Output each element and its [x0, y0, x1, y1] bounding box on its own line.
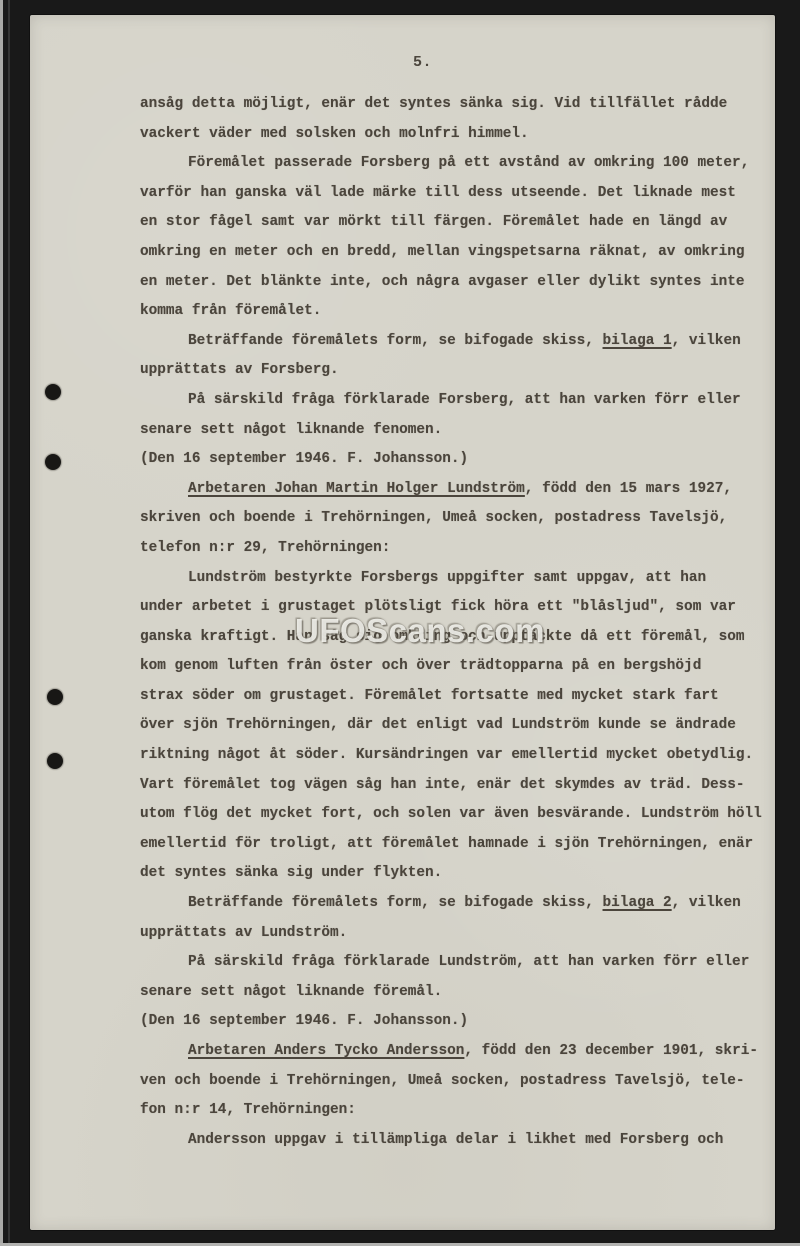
text-line: över sjön Trehörningen, där det enligt v…	[140, 711, 780, 741]
text-line: skriven och boende i Trehörningen, Umeå …	[140, 504, 780, 534]
text-line: Lundström bestyrkte Forsbergs uppgifter …	[140, 564, 780, 594]
text-segment: upprättats av Lundström.	[140, 925, 347, 941]
text-line: en meter. Det blänkte inte, och några av…	[140, 268, 780, 298]
paper-sheet: 5. ansåg detta möjligt, enär det syntes …	[30, 15, 775, 1230]
text-line: ansåg detta möjligt, enär det syntes sän…	[140, 90, 780, 120]
text-segment: emellertid för troligt, att föremålet ha…	[140, 836, 753, 852]
text-line: Vart föremålet tog vägen såg han inte, e…	[140, 771, 780, 801]
underlined-text: bilaga 1	[603, 333, 672, 349]
text-line: riktning något åt söder. Kursändringen v…	[140, 741, 780, 771]
text-line: Andersson uppgav i tillämpliga delar i l…	[140, 1126, 780, 1156]
hole-punch-mark	[45, 454, 61, 470]
text-segment: en meter. Det blänkte inte, och några av…	[140, 274, 745, 290]
text-segment: Beträffande föremålets form, se bifogade…	[188, 333, 603, 349]
text-line: senare sett något liknande fenomen.	[140, 416, 780, 446]
text-segment: upprättats av Forsberg.	[140, 362, 339, 378]
text-segment: (Den 16 september 1946. F. Johansson.)	[140, 1013, 468, 1029]
page-number: 5.	[413, 54, 432, 71]
text-line: en stor fågel samt var mörkt till färgen…	[140, 208, 780, 238]
text-line: Arbetaren Johan Martin Holger Lundström,…	[140, 475, 780, 505]
text-segment: komma från föremålet.	[140, 303, 321, 319]
hole-punch-mark	[45, 384, 61, 400]
text-line: Beträffande föremålets form, se bifogade…	[140, 327, 780, 357]
text-line: utom flög det mycket fort, och solen var…	[140, 800, 780, 830]
underlined-text: Arbetaren Anders Tycko Andersson	[188, 1043, 464, 1059]
text-segment: På särskild fråga förklarade Forsberg, a…	[188, 392, 741, 408]
text-line: upprättats av Forsberg.	[140, 356, 780, 386]
text-segment: riktning något åt söder. Kursändringen v…	[140, 747, 753, 763]
text-segment: ven och boende i Trehörningen, Umeå sock…	[140, 1073, 745, 1089]
text-segment: Vart föremålet tog vägen såg han inte, e…	[140, 777, 745, 793]
text-line: senare sett något liknande föremål.	[140, 978, 780, 1008]
text-segment: Lundström bestyrkte Forsbergs uppgifter …	[188, 570, 706, 586]
text-line: telefon n:r 29, Trehörningen:	[140, 534, 780, 564]
text-segment: , vilken	[672, 895, 741, 911]
text-segment: vackert väder med solsken och molnfri hi…	[140, 126, 529, 142]
text-segment: Andersson uppgav i tillämpliga delar i l…	[188, 1132, 723, 1148]
text-segment: kom genom luften från öster och över trä…	[140, 658, 701, 674]
text-line: Beträffande föremålets form, se bifogade…	[140, 889, 780, 919]
text-line: varför han ganska väl lade märke till de…	[140, 179, 780, 209]
text-segment: utom flög det mycket fort, och solen var…	[140, 806, 762, 822]
watermark: UFOScans.com	[295, 612, 545, 650]
scan-edge-left-line	[8, 0, 10, 1246]
text-line: emellertid för troligt, att föremålet ha…	[140, 830, 780, 860]
underlined-text: Arbetaren Johan Martin Holger Lundström	[188, 481, 525, 497]
text-segment: , född den 15 mars 1927,	[525, 481, 732, 497]
text-segment: omkring en meter och en bredd, mellan vi…	[140, 244, 745, 260]
text-segment: senare sett något liknande fenomen.	[140, 422, 442, 438]
text-segment: På särskild fråga förklarade Lundström, …	[188, 954, 749, 970]
text-segment: , född den 23 december 1901, skri-	[464, 1043, 758, 1059]
hole-punch-mark	[47, 753, 63, 769]
text-segment: Beträffande föremålets form, se bifogade…	[188, 895, 603, 911]
text-line: strax söder om grustaget. Föremålet fort…	[140, 682, 780, 712]
text-segment: telefon n:r 29, Trehörningen:	[140, 540, 390, 556]
text-segment: en stor fågel samt var mörkt till färgen…	[140, 214, 727, 230]
text-line: kom genom luften från öster och över trä…	[140, 652, 780, 682]
text-line: (Den 16 september 1946. F. Johansson.)	[140, 445, 780, 475]
text-segment: skriven och boende i Trehörningen, Umeå …	[140, 510, 727, 526]
text-line: det syntes sänka sig under flykten.	[140, 859, 780, 889]
text-line: Arbetaren Anders Tycko Andersson, född d…	[140, 1037, 780, 1067]
text-line: På särskild fråga förklarade Lundström, …	[140, 948, 780, 978]
scan-edge-left-highlight	[0, 0, 3, 1246]
text-segment: , vilken	[672, 333, 741, 349]
text-segment: (Den 16 september 1946. F. Johansson.)	[140, 451, 468, 467]
text-line: ven och boende i Trehörningen, Umeå sock…	[140, 1067, 780, 1097]
underlined-text: bilaga 2	[603, 895, 672, 911]
text-segment: över sjön Trehörningen, där det enligt v…	[140, 717, 736, 733]
text-segment: ansåg detta möjligt, enär det syntes sän…	[140, 96, 727, 112]
text-line: vackert väder med solsken och molnfri hi…	[140, 120, 780, 150]
text-segment: det syntes sänka sig under flykten.	[140, 865, 442, 881]
text-segment: senare sett något liknande föremål.	[140, 984, 442, 1000]
text-segment: strax söder om grustaget. Föremålet fort…	[140, 688, 719, 704]
text-line: komma från föremålet.	[140, 297, 780, 327]
text-line: Föremålet passerade Forsberg på ett avst…	[140, 149, 780, 179]
hole-punch-mark	[47, 689, 63, 705]
scanned-document-page: 5. ansåg detta möjligt, enär det syntes …	[0, 0, 800, 1246]
text-line: upprättats av Lundström.	[140, 919, 780, 949]
text-line: omkring en meter och en bredd, mellan vi…	[140, 238, 780, 268]
text-line: På särskild fråga förklarade Forsberg, a…	[140, 386, 780, 416]
text-segment: fon n:r 14, Trehörningen:	[140, 1102, 356, 1118]
text-line: fon n:r 14, Trehörningen:	[140, 1096, 780, 1126]
text-segment: varför han ganska väl lade märke till de…	[140, 185, 736, 201]
text-line: (Den 16 september 1946. F. Johansson.)	[140, 1007, 780, 1037]
text-segment: Föremålet passerade Forsberg på ett avst…	[188, 155, 749, 171]
